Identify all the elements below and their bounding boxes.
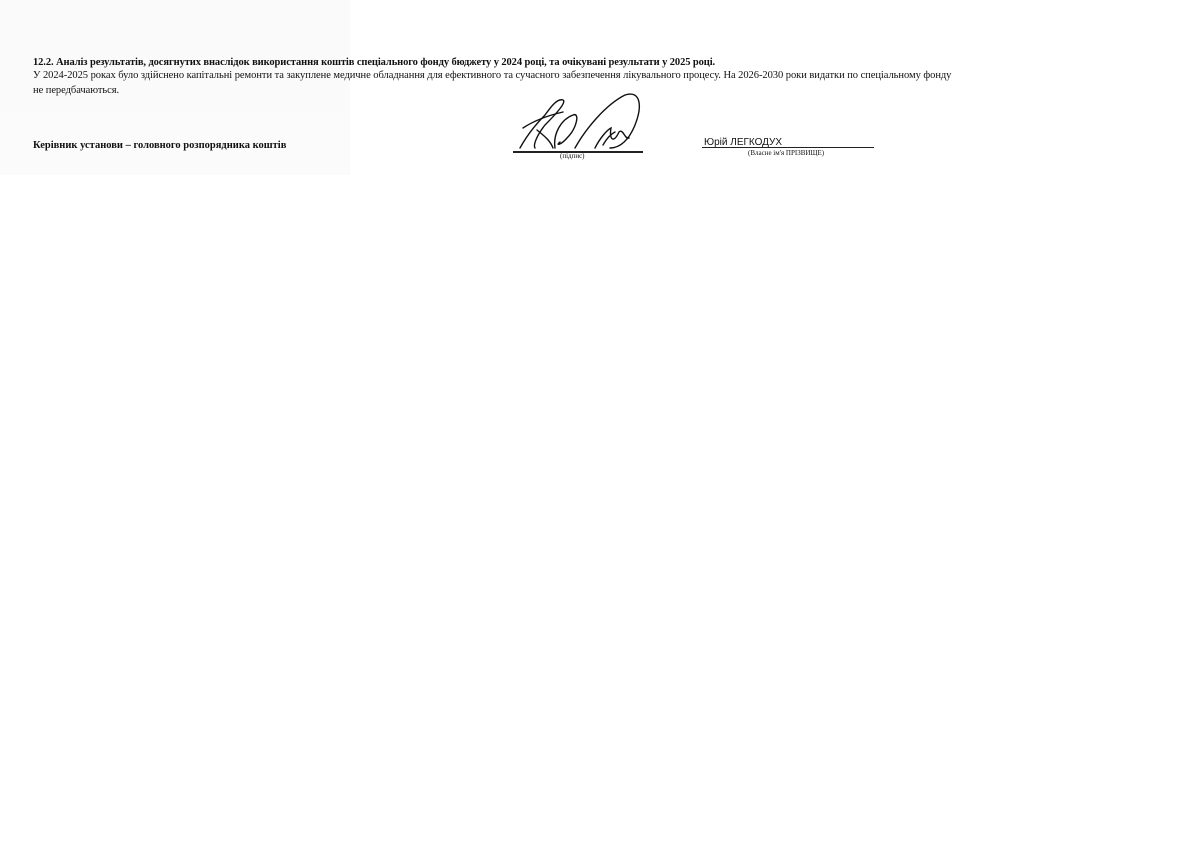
section-body: У 2024-2025 роках було здійснено капітал… <box>33 68 963 98</box>
section-title: 12.2. Аналіз результатів, досягнутих вна… <box>33 57 715 68</box>
handwritten-signature-icon <box>515 90 645 152</box>
signer-role: Керівник установи – головного розпорядни… <box>33 140 286 151</box>
signature-caption: (підпис) <box>560 152 585 160</box>
name-line <box>702 147 874 148</box>
name-caption: (Власне ім'я ПРІЗВИЩЕ) <box>748 149 824 157</box>
